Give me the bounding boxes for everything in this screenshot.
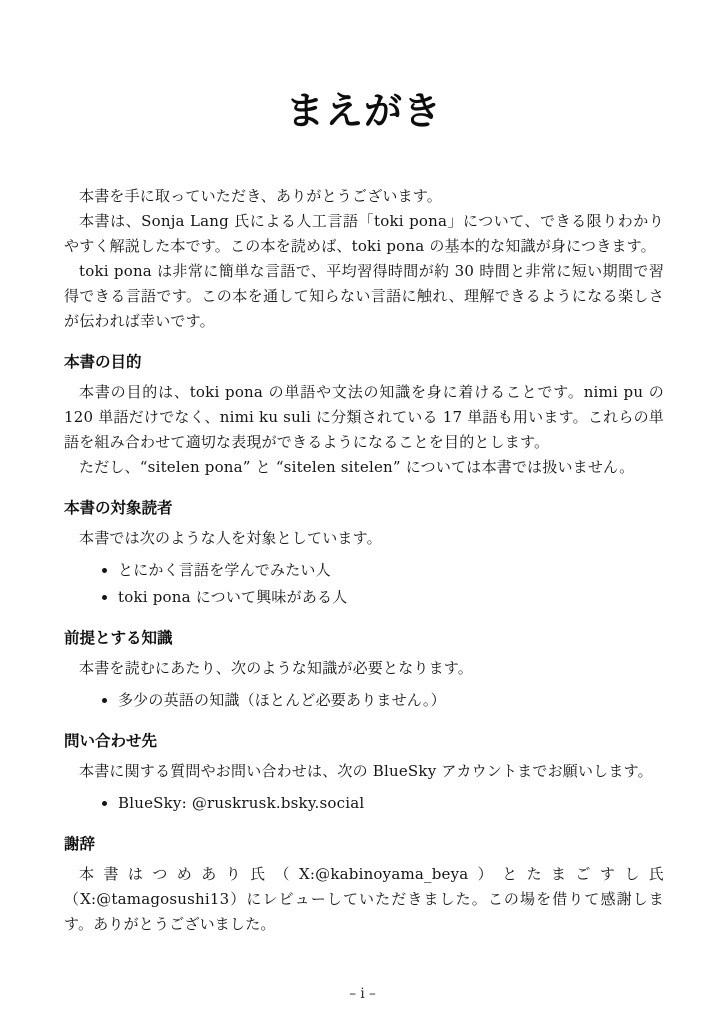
section-paragraph: 本書はつめあり氏（X:@kabinoyama_beya）とたまごすし氏（X:@t… (64, 862, 664, 937)
section-contact: 問い合わせ先 本書に関する質問やお問い合わせは、次の BlueSky アカウント… (64, 730, 664, 816)
section-heading: 前提とする知識 (64, 627, 664, 649)
section-heading: 謝辞 (64, 833, 664, 855)
section-paragraph: 本書を読むにあたり、次のような知識が必要となります。 (64, 656, 664, 681)
page-title: まえがき (64, 88, 664, 134)
section-paragraph: 本書に関する質問やお問い合わせは、次の BlueSky アカウントまでお願いしま… (64, 759, 664, 784)
intro-paragraph: 本書は、Sonja Lang 氏による人工言語「toki pona」について、で… (64, 209, 664, 259)
audience-list: とにかく言語を学んでみたい人 toki pona について興味がある人 (64, 558, 664, 610)
section-purpose: 本書の目的 本書の目的は、toki pona の単語や文法の知識を身に着けること… (64, 351, 664, 480)
page-number: – i – (0, 986, 725, 1002)
section-paragraph: 本書の目的は、toki pona の単語や文法の知識を身に着けることです。nim… (64, 380, 664, 455)
section-prerequisites: 前提とする知識 本書を読むにあたり、次のような知識が必要となります。 多少の英語… (64, 627, 664, 713)
intro-paragraph: 本書を手に取っていただき、ありがとうございます。 (64, 184, 664, 209)
section-acknowledgements: 謝辞 本書はつめあり氏（X:@kabinoyama_beya）とたまごすし氏（X… (64, 833, 664, 937)
list-item: とにかく言語を学んでみたい人 (118, 558, 664, 583)
section-paragraph: 本書では次のような人を対象としています。 (64, 526, 664, 551)
list-item: toki pona について興味がある人 (118, 585, 664, 610)
intro-paragraph: toki pona は非常に簡単な言語で、平均習得時間が約 30 時間と非常に短… (64, 259, 664, 334)
contact-list: BlueSky: @ruskrusk.bsky.social (64, 791, 664, 816)
section-audience: 本書の対象読者 本書では次のような人を対象としています。 とにかく言語を学んでみ… (64, 497, 664, 610)
section-paragraph: ただし、“sitelen pona” と “sitelen sitelen” に… (64, 455, 664, 480)
section-heading: 本書の対象読者 (64, 497, 664, 519)
list-item: BlueSky: @ruskrusk.bsky.social (118, 791, 664, 816)
document-page: まえがき 本書を手に取っていただき、ありがとうございます。 本書は、Sonja … (0, 0, 725, 1024)
section-heading: 本書の目的 (64, 351, 664, 373)
list-item: 多少の英語の知識（ほとんど必要ありません。） (118, 688, 664, 713)
prerequisites-list: 多少の英語の知識（ほとんど必要ありません。） (64, 688, 664, 713)
intro-block: 本書を手に取っていただき、ありがとうございます。 本書は、Sonja Lang … (64, 184, 664, 334)
section-heading: 問い合わせ先 (64, 730, 664, 752)
